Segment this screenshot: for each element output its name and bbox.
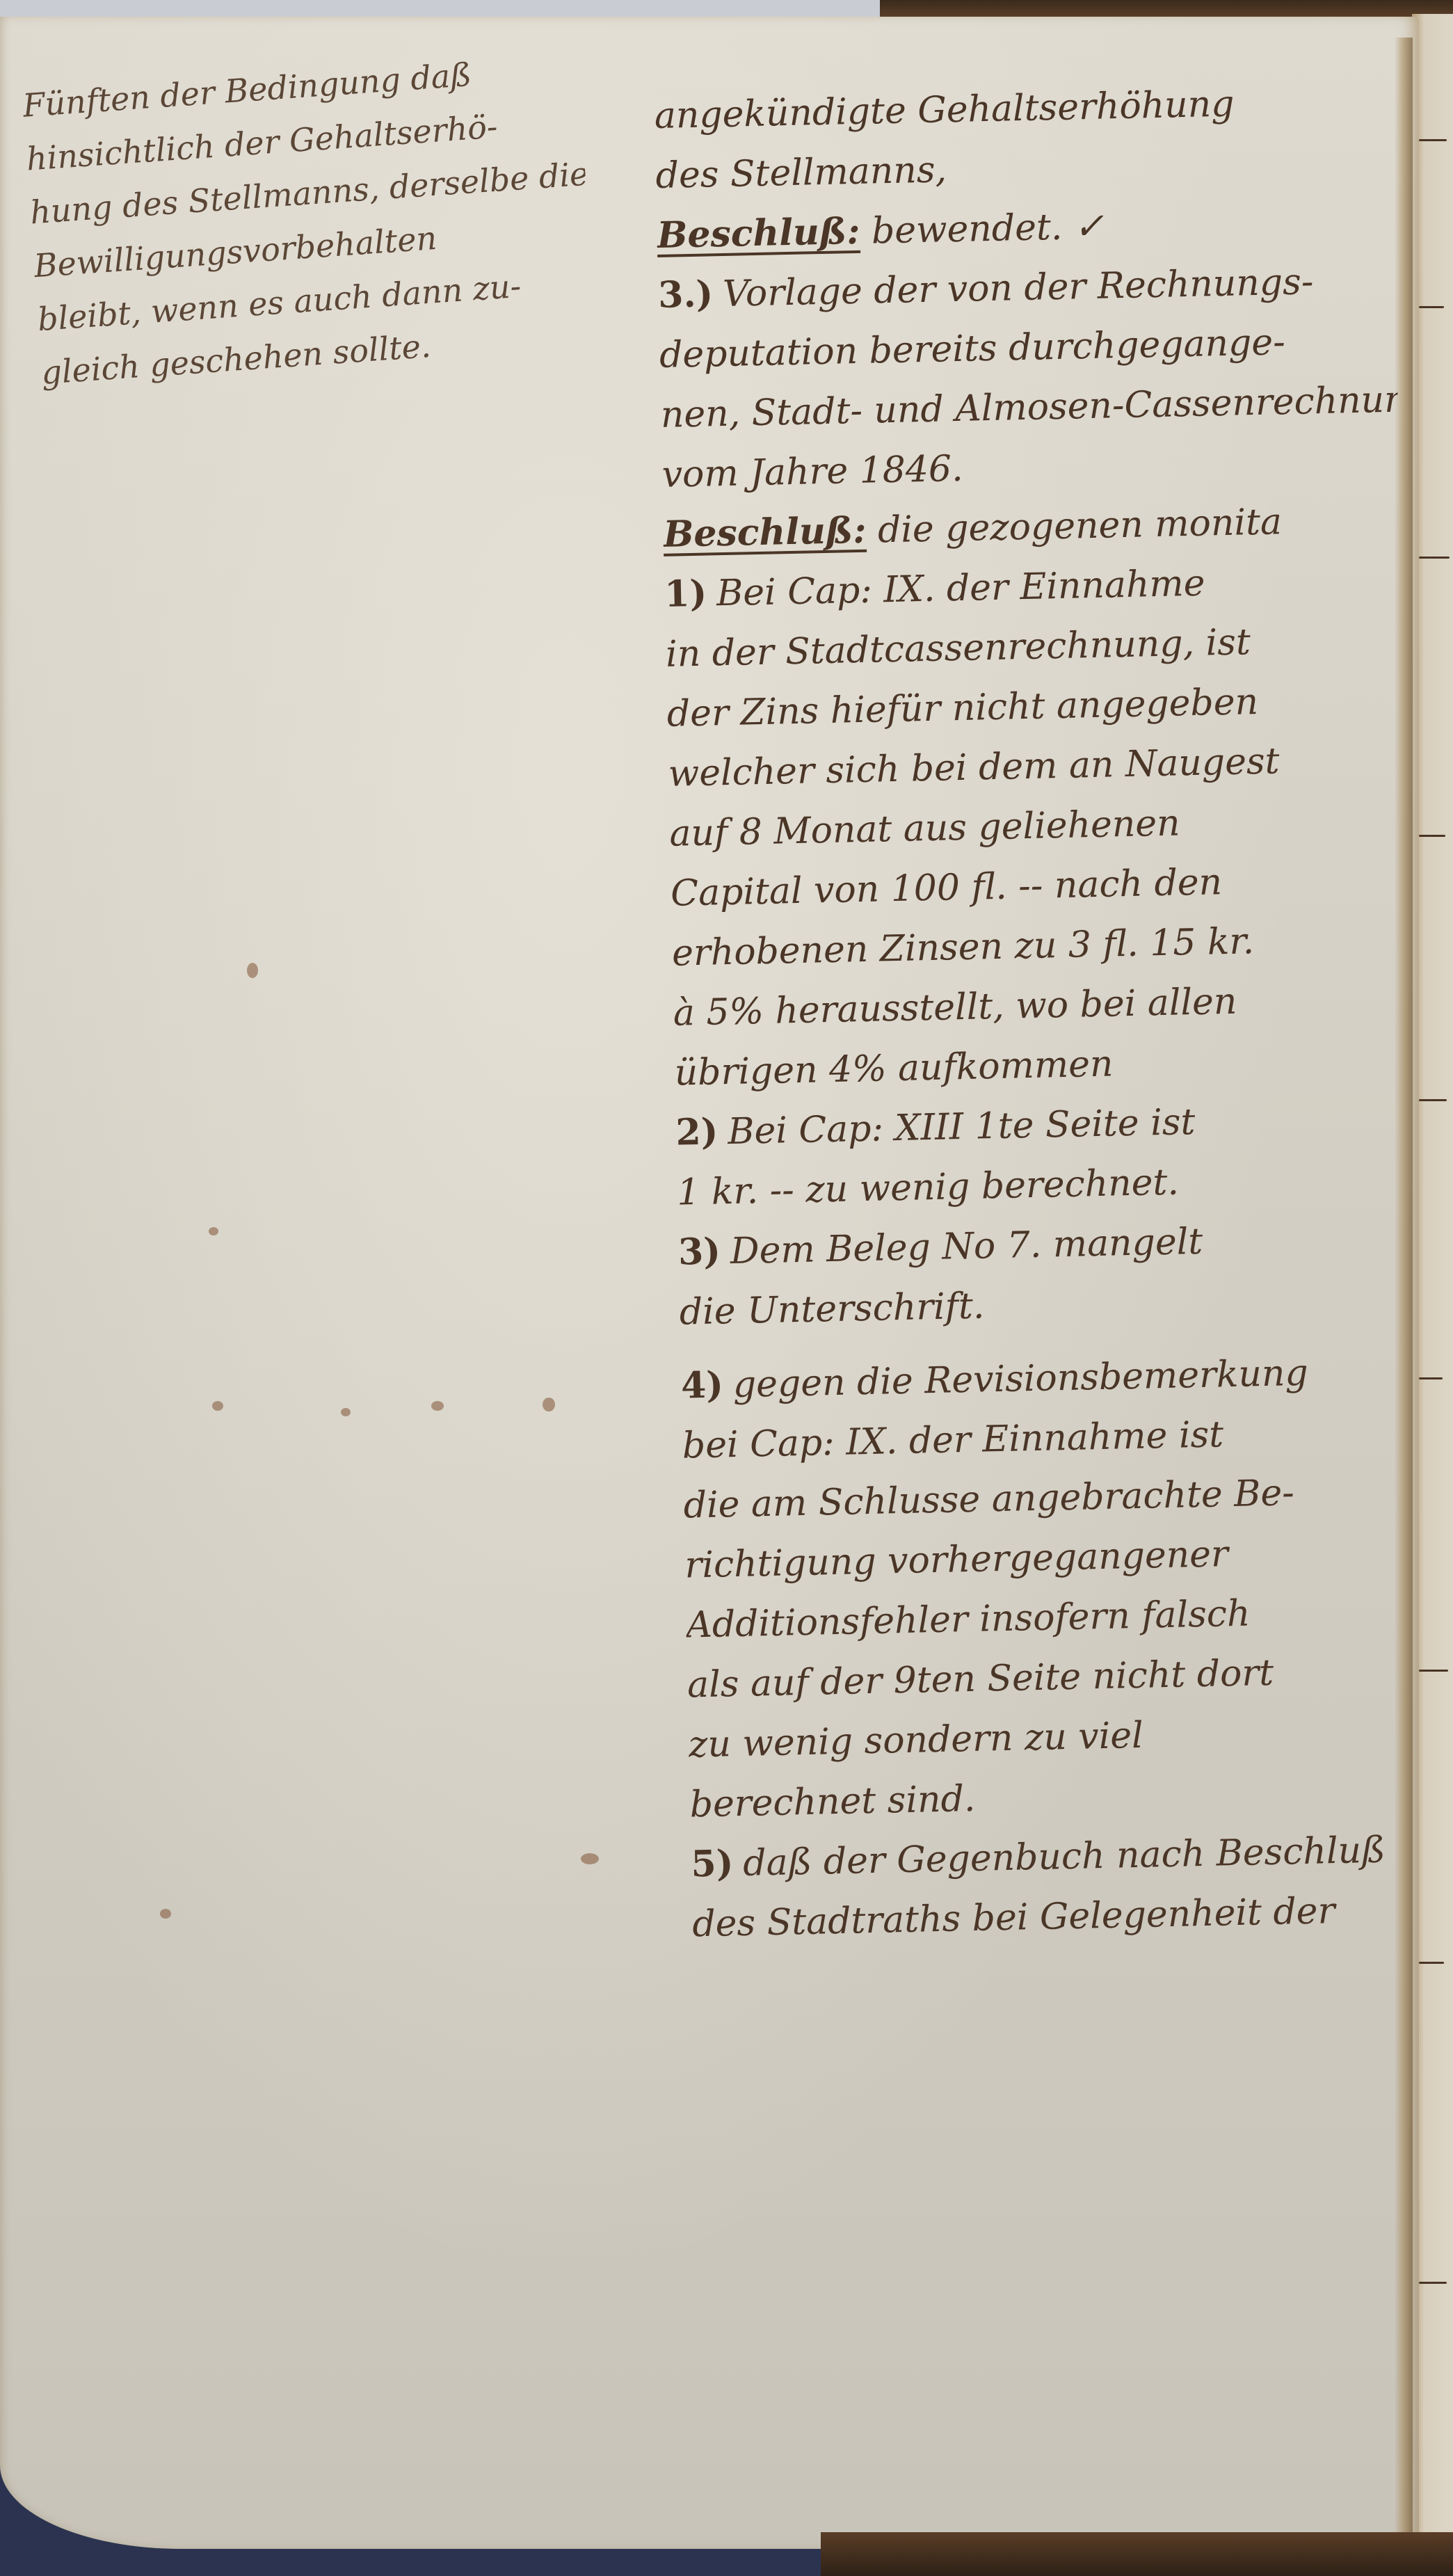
manuscript-page: Fünften der Bedingung daß hinsichtlich d… <box>0 17 1419 2549</box>
adjacent-ink-stroke <box>1419 306 1444 308</box>
book-binding-bottom <box>821 2532 1453 2576</box>
adjacent-ink-stroke <box>1419 557 1450 559</box>
item-number: 3.) <box>658 273 714 317</box>
item-number: 1) <box>664 573 707 616</box>
foxing-spot <box>341 1408 351 1416</box>
adjacent-ink-stroke <box>1419 139 1447 141</box>
resolution-label: Beschluß: <box>657 210 860 257</box>
item-number: 5) <box>691 1842 734 1885</box>
adjacent-ink-stroke <box>1419 2282 1447 2284</box>
margin-note: Fünften der Bedingung daß hinsichtlich d… <box>21 40 598 400</box>
adjacent-ink-stroke <box>1419 835 1445 837</box>
adjacent-ink-stroke <box>1419 1962 1444 1964</box>
item-number: 3) <box>677 1230 721 1273</box>
adjacent-ink-stroke <box>1419 1099 1447 1101</box>
item-number: 4) <box>680 1363 723 1407</box>
resolution-label: Beschluß: <box>663 509 867 556</box>
foxing-spot <box>212 1401 223 1411</box>
adjacent-ink-stroke <box>1419 1377 1443 1379</box>
ink-blot <box>581 1853 599 1864</box>
foxing-spot <box>247 963 258 978</box>
foxing-spot <box>543 1398 555 1411</box>
foxing-spot <box>431 1401 444 1411</box>
item-number: 2) <box>675 1110 719 1153</box>
foxing-spot <box>160 1909 171 1919</box>
main-text-column: angekündigte Gehaltserhöhung des Stellma… <box>654 71 1430 1955</box>
foxing-spot <box>209 1227 218 1235</box>
